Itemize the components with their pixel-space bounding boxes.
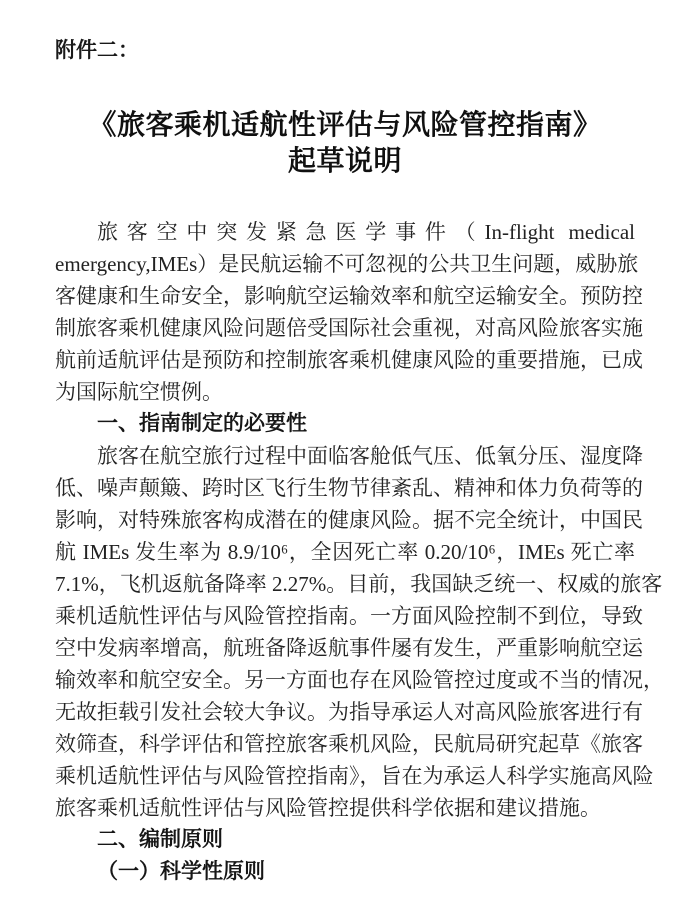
paragraph-line: 旅客空中突发紧急医学事件（In-flight medical xyxy=(55,216,635,248)
paragraph-line: 客健康和生命安全，影响航空运输效率和航空运输安全。预防控 xyxy=(55,280,635,312)
paragraph-line: 空中发病率增高，航班备降返航事件屡有发生，严重影响航空运 xyxy=(55,632,635,664)
paragraph-line: 无故拒载引发社会较大争议。为指导承运人对高风险旅客进行有 xyxy=(55,696,635,728)
paragraph-line: 旅客在航空旅行过程中面临客舱低气压、低氧分压、湿度降 xyxy=(55,440,635,472)
paragraph-line: emergency,IMEs）是民航运输不可忽视的公共卫生问题，威胁旅 xyxy=(55,248,635,280)
paragraph-line: 制旅客乘机健康风险问题倍受国际社会重视，对高风险旅客实施 xyxy=(55,312,635,344)
paragraph-line: 输效率和航空安全。另一方面也存在风险管控过度或不当的情况， xyxy=(55,664,635,696)
paragraph-line: 效筛查，科学评估和管控旅客乘机风险，民航局研究起草《旅客 xyxy=(55,728,635,760)
paragraph-line: 为国际航空惯例。 xyxy=(55,376,635,408)
paragraph-line: 低、噪声颠簸、跨时区飞行生物节律紊乱、精神和体力负荷等的 xyxy=(55,472,635,504)
subsection-heading-scientific-principle: （一）科学性原则 xyxy=(55,856,635,888)
paragraph-line: 航前适航评估是预防和控制旅客乘机健康风险的重要措施，已成 xyxy=(55,344,635,376)
section-heading-principles: 二、编制原则 xyxy=(55,824,635,856)
paragraph-line: 影响，对特殊旅客构成潜在的健康风险。据不完全统计，中国民 xyxy=(55,504,635,536)
paragraph-line: 旅客乘机适航性评估与风险管控提供科学依据和建议措施。 xyxy=(55,792,635,824)
attachment-label: 附件二： xyxy=(55,38,635,64)
document-body: 旅客空中突发紧急医学事件（In-flight medical emergency… xyxy=(55,216,635,888)
paragraph-line: 乘机适航性评估与风险管控指南。一方面风险控制不到位，导致 xyxy=(55,600,635,632)
section-heading-necessity: 一、指南制定的必要性 xyxy=(55,408,635,440)
section1-paragraph: 旅客在航空旅行过程中面临客舱低气压、低氧分压、湿度降 低、噪声颠簸、跨时区飞行生… xyxy=(55,440,635,824)
document-title-line-2: 起草说明 xyxy=(55,144,635,180)
intro-paragraph: 旅客空中突发紧急医学事件（In-flight medical emergency… xyxy=(55,216,635,408)
paragraph-line: 航 IMEs 发生率为 8.9/10⁶，全因死亡率 0.20/10⁶，IMEs … xyxy=(55,536,635,568)
document-page: 附件二： 《旅客乘机适航性评估与风险管控指南》 起草说明 旅客空中突发紧急医学事… xyxy=(0,0,690,900)
document-title: 《旅客乘机适航性评估与风险管控指南》 起草说明 xyxy=(55,108,635,180)
paragraph-line: 7.1%，飞机返航备降率 2.27%。目前，我国缺乏统一、权威的旅客 xyxy=(55,568,635,600)
document-title-line-1: 《旅客乘机适航性评估与风险管控指南》 xyxy=(55,108,635,144)
paragraph-line: 乘机适航性评估与风险管控指南》，旨在为承运人科学实施高风险 xyxy=(55,760,635,792)
